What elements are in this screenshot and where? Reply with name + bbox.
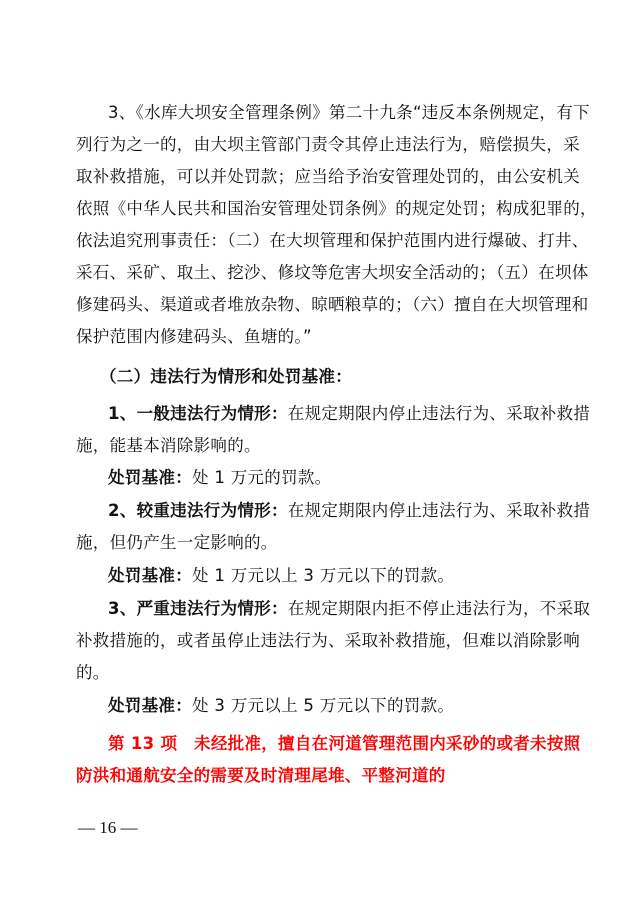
item-3-line-3: 的。 bbox=[76, 663, 566, 683]
item-2-label: 2、较重违法行为情形： bbox=[108, 501, 288, 520]
body-line-6: 采石、采矿、取土、挖沙、修坟等危害大坝安全活动的；（五）在坝体 bbox=[76, 263, 566, 283]
item-1-label: 1、一般违法行为情形： bbox=[108, 404, 288, 423]
document-page: 3、《水库大坝安全管理条例》第二十九条“违反本条例规定，有下 列行为之一的，由大… bbox=[0, 0, 635, 898]
item-1-line-1: 1、一般违法行为情形：在规定期限内停止违法行为、采取补救措 bbox=[108, 404, 566, 424]
item-3-penalty-label: 处罚基准： bbox=[108, 696, 192, 715]
body-line-8: 保护范围内修建码头、鱼塘的。” bbox=[76, 327, 566, 347]
body-line-4: 依照《中华人民共和国治安管理处罚条例》的规定处罚；构成犯罪的， bbox=[76, 199, 566, 219]
page-number: — 16 — bbox=[78, 818, 138, 838]
item-2-text: 在规定期限内停止违法行为、采取补救措 bbox=[288, 501, 590, 520]
body-line-3: 取补救措施，可以并处罚款；应当给予治安管理处罚的，由公安机关 bbox=[76, 167, 566, 187]
item-3-penalty: 处罚基准：处 3 万元以上 5 万元以下的罚款。 bbox=[108, 696, 566, 716]
item-3-label: 3、严重违法行为情形： bbox=[108, 599, 288, 618]
item-3-line-2: 补救措施的，或者虽停止违法行为、采取补救措施，但难以消除影响 bbox=[76, 631, 566, 651]
item-1-text: 在规定期限内停止违法行为、采取补救措 bbox=[288, 404, 590, 423]
item-2-line-1: 2、较重违法行为情形：在规定期限内停止违法行为、采取补救措 bbox=[108, 501, 566, 521]
item-3-line-1: 3、严重违法行为情形：在规定期限内拒不停止违法行为，不采取 bbox=[108, 599, 566, 619]
body-line-5: 依法追究刑事责任：（二）在大坝管理和保护范围内进行爆破、打井、 bbox=[76, 231, 566, 251]
item-1-penalty-text: 处 1 万元的罚款。 bbox=[192, 468, 332, 487]
body-line-1: 3、《水库大坝安全管理条例》第二十九条“违反本条例规定，有下 bbox=[108, 103, 566, 123]
body-line-7: 修建码头、渠道或者堆放杂物、晾晒粮草的；（六）擅自在大坝管理和 bbox=[76, 295, 566, 315]
item-2-penalty: 处罚基准：处 1 万元以上 3 万元以下的罚款。 bbox=[108, 566, 566, 586]
body-line-2: 列行为之一的，由大坝主管部门责令其停止违法行为，赔偿损失，采 bbox=[76, 135, 566, 155]
item-2-line-2: 施，但仍产生一定影响的。 bbox=[76, 533, 566, 553]
next-item-heading-line-1: 第 13 项 未经批准，擅自在河道管理范围内采砂的或者未按照 bbox=[108, 734, 566, 754]
section-heading: （二）违法行为情形和处罚基准： bbox=[100, 367, 558, 387]
item-1-line-2: 施，能基本消除影响的。 bbox=[76, 436, 566, 456]
item-2-penalty-text: 处 1 万元以上 3 万元以下的罚款。 bbox=[192, 566, 454, 585]
item-3-text: 在规定期限内拒不停止违法行为，不采取 bbox=[288, 599, 590, 618]
item-1-penalty-label: 处罚基准： bbox=[108, 468, 192, 487]
item-3-penalty-text: 处 3 万元以上 5 万元以下的罚款。 bbox=[192, 696, 454, 715]
next-item-heading-line-2: 防洪和通航安全的需要及时清理尾堆、平整河道的 bbox=[76, 766, 566, 786]
item-2-penalty-label: 处罚基准： bbox=[108, 566, 192, 585]
item-1-penalty: 处罚基准：处 1 万元的罚款。 bbox=[108, 468, 566, 488]
